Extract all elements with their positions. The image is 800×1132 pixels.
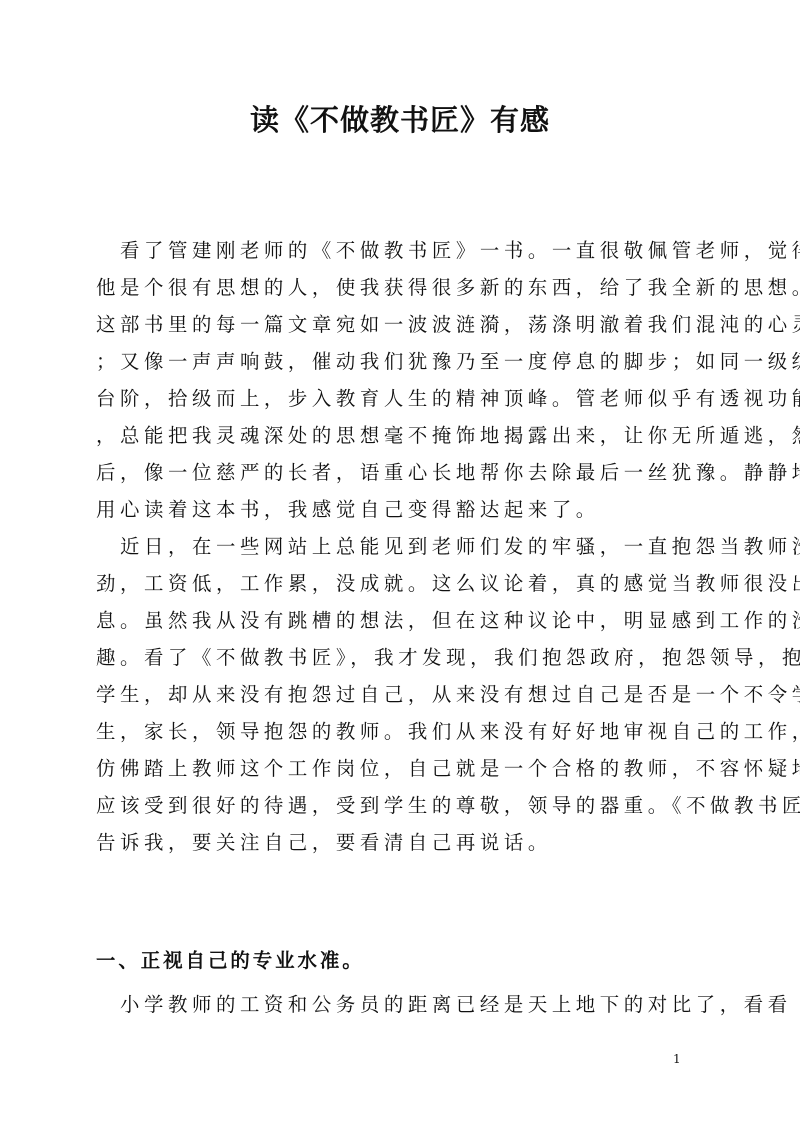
paragraph-line: 趣。看了《不做教书匠》，我才发现，我们抱怨政府，抱怨领导，抱怨 — [96, 642, 800, 670]
paragraph-line: 用心读着这本书，我感觉自己变得豁达起来了。 — [96, 494, 600, 522]
section-heading: 一、正视自己的专业水准。 — [96, 945, 365, 973]
paragraph-line: 近日，在一些网站上总能见到老师们发的牢骚，一直抱怨当教师没 — [96, 531, 800, 559]
paragraph-line: 这部书里的每一篇文章宛如一波波涟漪，荡涤明澈着我们混沌的心灵 — [96, 309, 800, 337]
paragraph-line: 他是个很有思想的人，使我获得很多新的东西，给了我全新的思想。 — [96, 272, 800, 300]
paragraph-line: 看了管建刚老师的《不做教书匠》一书。一直很敬佩管老师，觉得 — [96, 235, 800, 263]
paragraph-line: 劲，工资低，工作累，没成就。这么议论着，真的感觉当教师很没出 — [96, 568, 800, 596]
paragraph-line: 告诉我，要关注自己，要看清自己再说话。 — [96, 827, 552, 855]
paragraph-line: 后，像一位慈严的长者，语重心长地帮你去除最后一丝犹豫。静静地 — [96, 457, 800, 485]
page-number: 1 — [673, 1052, 681, 1066]
paragraph-line: ；又像一声声响鼓，催动我们犹豫乃至一度停息的脚步；如同一级级 — [96, 346, 800, 374]
paragraph-line: 生，家长，领导抱怨的教师。我们从来没有好好地审视自己的工作， — [96, 716, 800, 744]
paragraph-line: 学生，却从来没有抱怨过自己，从来没有想过自己是否是一个不令学 — [96, 679, 800, 707]
paragraph-line: 小学教师的工资和公务员的距离已经是天上地下的对比了，看看 — [96, 989, 792, 1017]
paragraph-line: 台阶，拾级而上，步入教育人生的精神顶峰。管老师似乎有透视功能 — [96, 383, 800, 411]
paragraph-line: 仿佛踏上教师这个工作岗位，自己就是一个合格的教师，不容怀疑地 — [96, 753, 800, 781]
document-title: 读《不做教书匠》有感 — [0, 98, 800, 139]
paragraph-line: 息。虽然我从没有跳槽的想法，但在这种议论中，明显感到工作的没 — [96, 605, 800, 633]
paragraph-line: ，总能把我灵魂深处的思想毫不掩饰地揭露出来，让你无所遁逃，然 — [96, 420, 800, 448]
paragraph-line: 应该受到很好的待遇，受到学生的尊敬，领导的器重。《不做教书匠》 — [96, 790, 800, 818]
